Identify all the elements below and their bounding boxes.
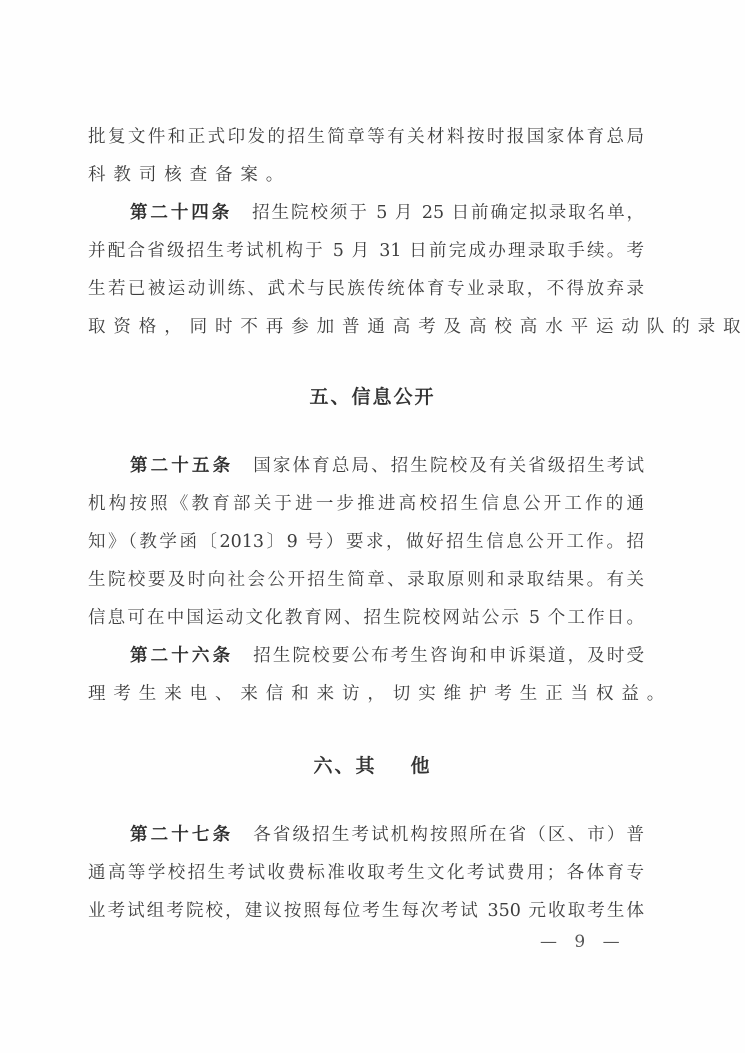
article-label: 第二十四条 <box>130 203 232 223</box>
article-25-first-line: 第二十五条国家体育总局、招生院校及有关省级招生考试 <box>130 454 644 478</box>
article-label: 第二十七条 <box>130 825 233 845</box>
section-title-part: 他 <box>411 755 432 777</box>
paragraph-line: 机构按照《教育部关于进一步推进高校招生信息公开工作的通 <box>88 492 644 516</box>
article-24-first-line: 第二十四条招生院校须于 5 月 25 日前确定拟录取名单， <box>130 201 644 225</box>
section-heading-5: 五、信息公开 <box>0 384 745 410</box>
section-title-part: 其 <box>355 755 376 777</box>
paragraph-line: 科教司核查备案。 <box>88 163 644 187</box>
article-26-first-line: 第二十六条招生院校要公布考生咨询和申诉渠道，及时受 <box>130 644 644 668</box>
paragraph-line: 理考生来电、来信和来访，切实维护考生正当权益。 <box>88 682 644 706</box>
article-label: 第二十五条 <box>130 456 233 476</box>
document-page: 批复文件和正式印发的招生简章等有关材料按时报国家体育总局 科教司核查备案。 第二… <box>0 0 745 1053</box>
paragraph-line: 业考试组考院校，建议按照每位考生每次考试 350 元收取考生体 <box>88 899 644 923</box>
article-27-first-line: 第二十七条各省级招生考试机构按照所在省（区、市）普 <box>130 823 644 847</box>
article-text: 招生院校须于 5 月 25 日前确定拟录取名单， <box>252 203 644 223</box>
page-number: — 9 — <box>540 932 626 952</box>
paragraph-line: 批复文件和正式印发的招生简章等有关材料按时报国家体育总局 <box>88 125 644 149</box>
article-text: 招生院校要公布考生咨询和申诉渠道，及时受 <box>253 646 644 666</box>
paragraph-line: 取资格，同时不再参加普通高考及高校高水平运动队的录取。 <box>88 315 644 339</box>
paragraph-line: 生院校要及时向社会公开招生简章、录取原则和录取结果。有关 <box>88 568 644 592</box>
section-number: 五、 <box>309 386 351 408</box>
section-title: 信息公开 <box>352 386 436 408</box>
paragraph-line: 通高等学校招生考试收费标准收取考生文化考试费用；各体育专 <box>88 861 644 885</box>
paragraph-line: 信息可在中国运动文化教育网、招生院校网站公示 5 个工作日。 <box>88 606 644 630</box>
article-text: 各省级招生考试机构按照所在省（区、市）普 <box>253 825 644 845</box>
section-heading-6: 六、其他 <box>0 753 745 779</box>
article-label: 第二十六条 <box>130 646 233 666</box>
paragraph-line: 生若已被运动训练、武术与民族传统体育专业录取，不得放弃录 <box>88 277 644 301</box>
article-text: 国家体育总局、招生院校及有关省级招生考试 <box>253 456 644 476</box>
paragraph-line: 并配合省级招生考试机构于 5 月 31 日前完成办理录取手续。考 <box>88 239 644 263</box>
section-number: 六、 <box>313 755 355 777</box>
paragraph-line: 知》（教学函〔2013〕9 号）要求，做好招生信息公开工作。招 <box>88 530 644 554</box>
